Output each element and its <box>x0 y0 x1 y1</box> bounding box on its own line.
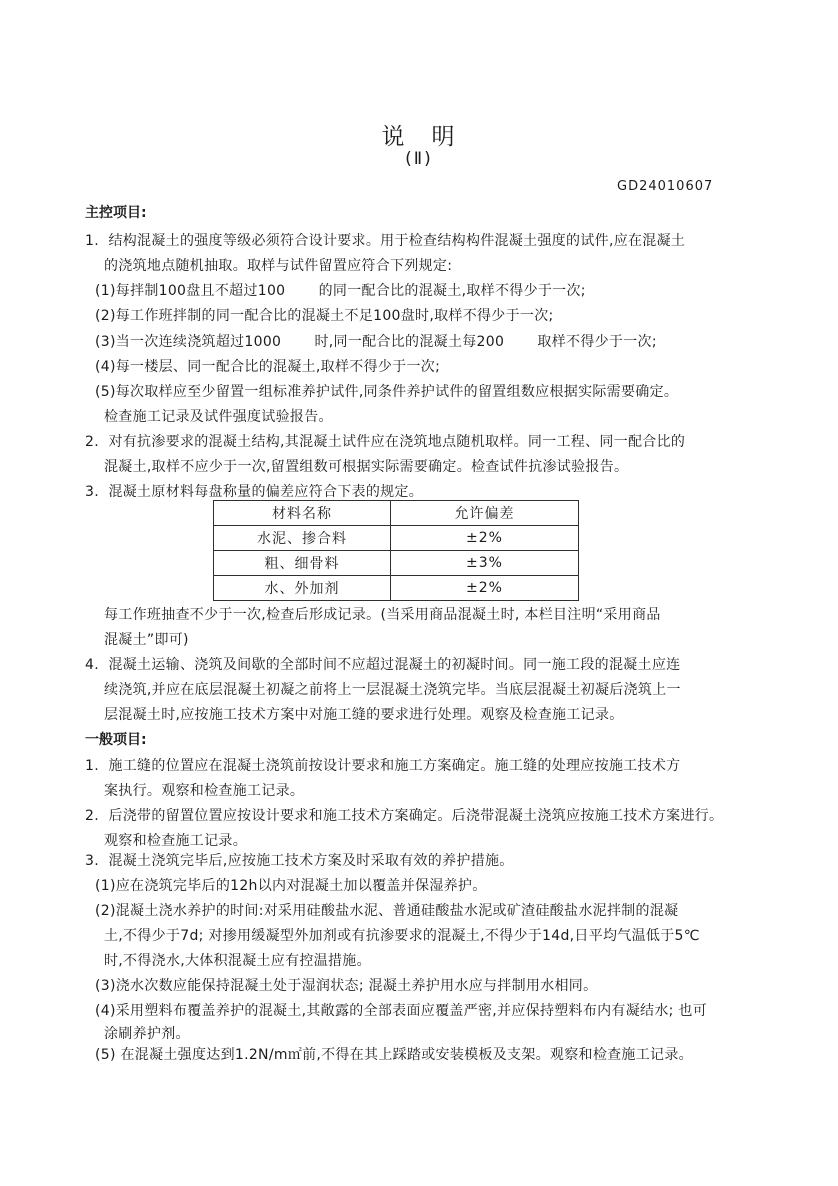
table-cell: ±3% <box>391 551 579 576</box>
table-row: 水、外加剂 ±2% <box>214 576 579 601</box>
doc-line: 混凝土,取样不应少于一次,留置组数可根据实际需要确定。检查试件抗渗试验报告。 <box>104 455 628 480</box>
doc-line: 案执行。观察和检查施工记录。 <box>104 779 304 804</box>
table-cell: ±2% <box>391 576 579 601</box>
table-row: 粗、细骨料 ±3% <box>214 551 579 576</box>
doc-line: 层混凝土时,应按施工技术方案中对施工缝的要求进行处理。观察及检查施工记录。 <box>104 703 624 728</box>
table-cell: ±2% <box>391 526 579 551</box>
doc-line: 混凝土”即可) <box>104 628 189 653</box>
table-header-cell: 允许偏差 <box>391 501 579 526</box>
doc-line: 1. 结构混凝土的强度等级必须符合设计要求。用于检查结构构件混凝土强度的试件,应… <box>85 229 685 254</box>
section-heading-main: 主控项目: <box>85 202 147 222</box>
doc-line: 3. 混凝土浇筑完毕后,应按施工技术方案及时采取有效的养护措施。 <box>85 849 514 874</box>
doc-line: 1. 施工缝的位置应在混凝土浇筑前按设计要求和施工方案确定。施工缝的处理应按施工… <box>85 754 680 779</box>
doc-line: 2. 对有抗渗要求的混凝土结构,其混凝土试件应在浇筑地点随机取样。同一工程、同一… <box>85 430 685 455</box>
doc-line: (1)应在浇筑完毕后的12h以内对混凝土加以覆盖并保湿养护。 <box>95 874 487 899</box>
doc-line: 土,不得少于7d; 对掺用缓凝型外加剂或有抗渗要求的混凝土,不得少于14d,日平… <box>104 924 700 949</box>
material-tolerance-table: 材料名称 允许偏差 水泥、掺合料 ±2% 粗、细骨料 ±3% 水、外加剂 ±2% <box>213 500 579 601</box>
table-cell: 水、外加剂 <box>214 576 391 601</box>
table-header-cell: 材料名称 <box>214 501 391 526</box>
doc-line: 每工作班抽查不少于一次,检查后形成记录。(当采用商品混凝土时, 本栏目注明“采用… <box>104 603 661 628</box>
doc-line: (3)浇水次数应能保持混凝土处于湿润状态; 混凝土养护用水应与拌制用水相同。 <box>95 974 597 999</box>
doc-line: (5)每次取样应至少留置一组标准养护试件,同条件养护试件的留置组数应根据实际需要… <box>95 380 678 405</box>
doc-line: 的浇筑地点随机抽取。取样与试件留置应符合下列规定: <box>104 254 452 279</box>
doc-line: (3)当一次连续浇筑超过1000 时,同一配合比的混凝土每200 取样不得少于一… <box>95 330 657 355</box>
doc-line: 时,不得浇水,大体积混凝土应有控温措施。 <box>104 949 371 974</box>
document-page: { "header": { "title": "说 明", "subtitle"… <box>0 0 838 1186</box>
doc-title: 说 明 <box>0 118 838 151</box>
section-heading-general: 一般项目: <box>85 729 147 749</box>
doc-subtitle: (Ⅱ) <box>0 149 838 169</box>
doc-line: (4)采用塑料布覆盖养护的混凝土,其敞露的全部表面应覆盖严密,并应保持塑料布内有… <box>95 999 707 1024</box>
table-header-row: 材料名称 允许偏差 <box>214 501 579 526</box>
table-cell: 粗、细骨料 <box>214 551 391 576</box>
doc-line: 2. 后浇带的留置位置应按设计要求和施工技术方案确定。后浇带混凝土浇筑应按施工技… <box>85 804 723 829</box>
doc-line: (2)混凝土浇水养护的时间:对采用硅酸盐水泥、普通硅酸盐水泥或矿渣硅酸盐水泥拌制… <box>95 899 678 924</box>
doc-line: 续浇筑,并应在底层混凝土初凝之前将上一层混凝土浇筑完毕。当底层混凝土初凝后浇筑上… <box>104 678 681 703</box>
table-row: 水泥、掺合料 ±2% <box>214 526 579 551</box>
doc-code: GD24010607 <box>617 179 713 194</box>
doc-line: (2)每工作班拌制的同一配合比的混凝土不足100盘时,取样不得少于一次; <box>95 304 554 329</box>
table-cell: 水泥、掺合料 <box>214 526 391 551</box>
doc-line: 检查施工记录及试件强度试验报告。 <box>104 405 333 430</box>
doc-line: (4)每一楼层、同一配合比的混凝土,取样不得少于一次; <box>95 355 440 380</box>
doc-line: (1)每拌制100盘且不超过100 的同一配合比的混凝土,取样不得少于一次; <box>95 279 586 304</box>
doc-line: (5) 在混凝土强度达到1.2N/m㎡前,不得在其上踩踏或安装模板及支架。观察和… <box>95 1043 693 1068</box>
doc-line: 4. 混凝土运输、浇筑及间歇的全部时间不应超过混凝土的初凝时间。同一施工段的混凝… <box>85 653 680 678</box>
